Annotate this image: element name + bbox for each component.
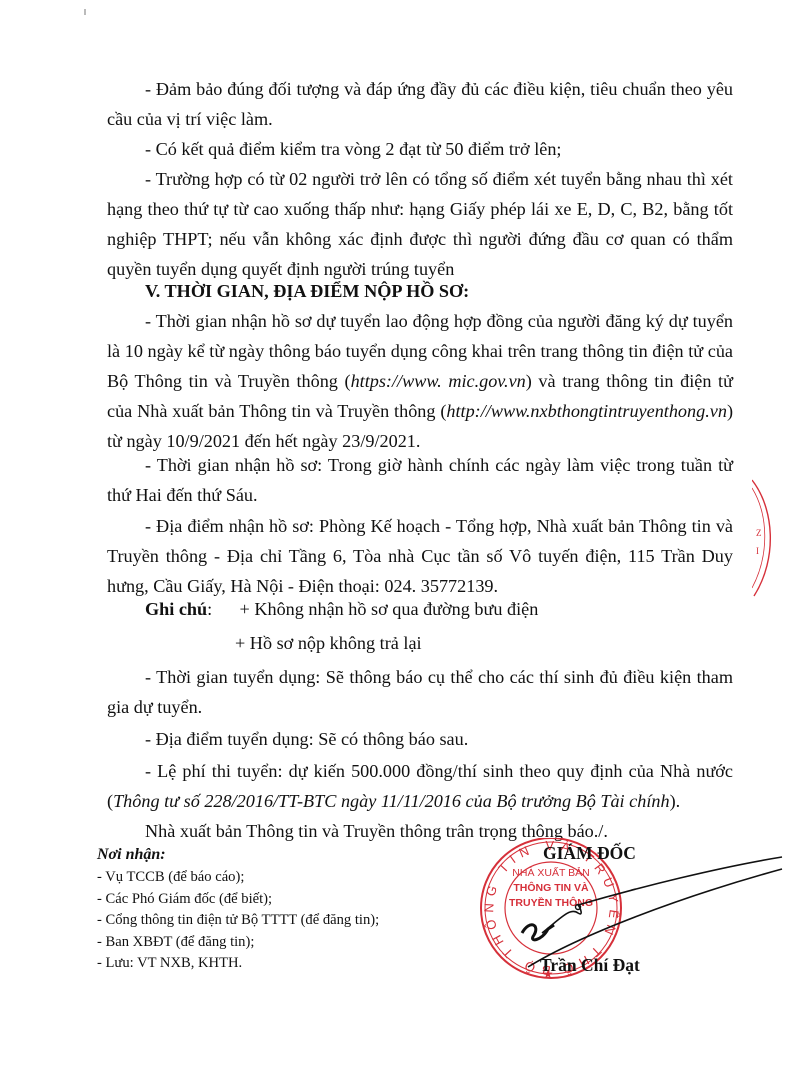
office-hours-paragraph: - Thời gian nhận hồ sơ: Trong giờ hành c… xyxy=(107,450,733,510)
recipient-item: - Ban XBĐT (để đăng tin); xyxy=(97,932,379,954)
location-paragraph: - Địa điểm nhận hồ sơ: Phòng Kế hoạch - … xyxy=(107,511,733,601)
document-page: - Đảm bảo đúng đối tượng và đáp ứng đầy … xyxy=(0,0,800,1069)
svg-text:I: I xyxy=(756,546,759,556)
mic-url-link[interactable]: https://www. mic.gov.vn xyxy=(351,371,526,391)
recipients-title: Nơi nhận: xyxy=(97,843,379,867)
note-item-2: + Hồ sơ nộp không trả lại xyxy=(235,628,422,658)
note-item-1: + Không nhận hồ sơ qua đường bưu điện xyxy=(240,599,539,619)
nxb-url-link[interactable]: http://www.nxbthongtintruyenthong.vn xyxy=(446,401,727,421)
recipient-item: - Vụ TCCB (để báo cáo); xyxy=(97,867,379,889)
circular-reference: Thông tư số 228/2016/TT-BTC ngày 11/11/2… xyxy=(113,791,670,811)
note-line-1: Ghi chú: + Không nhận hồ sơ qua đường bư… xyxy=(145,594,538,624)
recipient-item: - Lưu: VT NXB, KHTH. xyxy=(97,953,379,975)
svg-text:Z: Z xyxy=(756,528,762,538)
margin-seal-fragment: Z I xyxy=(752,478,800,598)
scan-speck xyxy=(84,9,86,15)
criteria-paragraph-2: - Có kết quả điểm kiểm tra vòng 2 đạt từ… xyxy=(107,134,733,164)
note-label: Ghi chú: xyxy=(145,594,235,624)
criteria-paragraph-3: - Trường hợp có từ 02 người trở lên có t… xyxy=(107,164,733,284)
recipients-block: Nơi nhận: - Vụ TCCB (để báo cáo); - Các … xyxy=(97,843,379,975)
signer-name: Trần Chí Đạt xyxy=(540,955,640,976)
exam-fee-paragraph: - Lệ phí thi tuyển: dự kiến 500.000 đồng… xyxy=(107,756,733,816)
section-v-heading: V. THỜI GIAN, ĐỊA ĐIỂM NỘP HỒ SƠ: xyxy=(107,276,733,306)
recruitment-location-paragraph: - Địa điểm tuyển dụng: Sẽ có thông báo s… xyxy=(107,724,733,754)
recruitment-time-paragraph: - Thời gian tuyển dụng: Sẽ thông báo cụ … xyxy=(107,662,733,722)
application-period-paragraph: - Thời gian nhận hồ sơ dự tuyển lao động… xyxy=(107,306,733,456)
criteria-paragraph-1: - Đảm bảo đúng đối tượng và đáp ứng đầy … xyxy=(107,74,733,134)
recipient-item: - Các Phó Giám đốc (để biết); xyxy=(97,889,379,911)
recipient-item: - Cổng thông tin điện tử Bộ TTTT (để đăn… xyxy=(97,910,379,932)
